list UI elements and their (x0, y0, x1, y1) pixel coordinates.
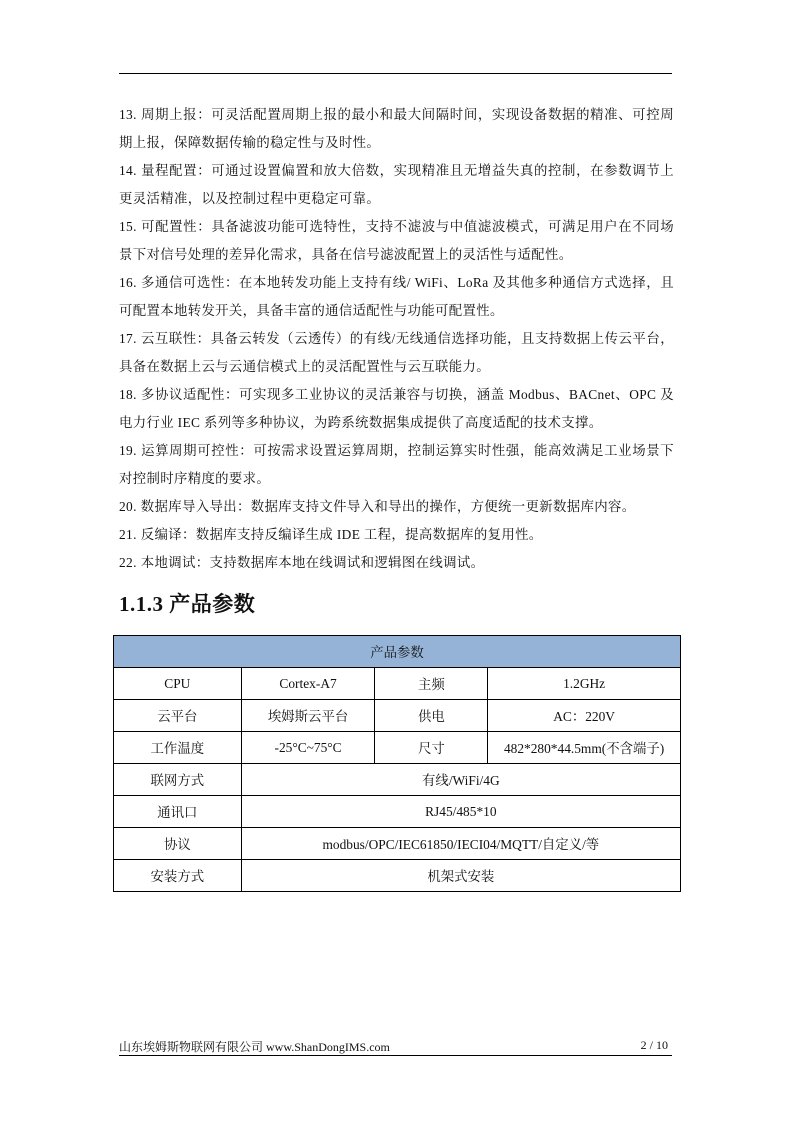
table-header: 产品参数 (114, 636, 681, 668)
footer-company: 山东埃姆斯物联网有限公司 www.ShanDongIMS.com (119, 1038, 390, 1055)
feature-item-17: 17.云互联性：具备云转发（云透传）的有线/无线通信选择功能，且支持数据上传云平… (119, 325, 674, 381)
param-label: 主频 (375, 668, 488, 700)
param-value: 埃姆斯云平台 (241, 700, 375, 732)
param-label: 尺寸 (375, 732, 488, 764)
feature-item-20: 20.数据库导入导出：数据库支持文件导入和导出的操作，方便统一更新数据库内容。 (119, 493, 674, 521)
param-value: 482*280*44.5mm(不含端子) (488, 732, 681, 764)
param-label: 安装方式 (114, 860, 242, 892)
feature-item-14: 14.量程配置：可通过设置偏置和放大倍数，实现精准且无增益失真的控制，在参数调节… (119, 157, 674, 213)
feature-item-19: 19.运算周期可控性：可按需求设置运算周期，控制运算实时性强，能高效满足工业场景… (119, 437, 674, 493)
feature-item-16: 16.多通信可选性：在本地转发功能上支持有线/ WiFi、LoRa 及其他多种通… (119, 269, 674, 325)
param-value: 有线/WiFi/4G (241, 764, 680, 796)
table-header-row: 产品参数 (114, 636, 681, 668)
param-value: RJ45/485*10 (241, 796, 680, 828)
table-row: 云平台 埃姆斯云平台 供电 AC：220V (114, 700, 681, 732)
param-label: 工作温度 (114, 732, 242, 764)
param-label: 供电 (375, 700, 488, 732)
param-label: 云平台 (114, 700, 242, 732)
param-label: 通讯口 (114, 796, 242, 828)
section-title: 1.1.3 产品参数 (119, 588, 255, 618)
table-row: 工作温度 -25°C~75°C 尺寸 482*280*44.5mm(不含端子) (114, 732, 681, 764)
table-row: 联网方式 有线/WiFi/4G (114, 764, 681, 796)
feature-item-21: 21.反编译：数据库支持反编译生成 IDE 工程，提高数据库的复用性。 (119, 521, 674, 549)
feature-list: 13.周期上报：可灵活配置周期上报的最小和最大间隔时间，实现设备数据的精准、可控… (119, 101, 674, 577)
product-params-table: 产品参数 CPU Cortex-A7 主频 1.2GHz 云平台 埃姆斯云平台 … (113, 635, 681, 892)
page-number: 2 / 10 (641, 1038, 668, 1053)
table-row: 协议 modbus/OPC/IEC61850/IECI04/MQTT/自定义/等 (114, 828, 681, 860)
feature-item-18: 18.多协议适配性：可实现多工业协议的灵活兼容与切换，涵盖 Modbus、BAC… (119, 381, 674, 437)
param-label: 联网方式 (114, 764, 242, 796)
param-value: Cortex-A7 (241, 668, 375, 700)
header-rule (119, 73, 672, 74)
feature-item-15: 15.可配置性：具备滤波功能可选特性，支持不滤波与中值滤波模式，可满足用户在不同… (119, 213, 674, 269)
param-label: CPU (114, 668, 242, 700)
param-value: AC：220V (488, 700, 681, 732)
feature-item-22: 22.本地调试：支持数据库本地在线调试和逻辑图在线调试。 (119, 549, 674, 577)
feature-item-13: 13.周期上报：可灵活配置周期上报的最小和最大间隔时间，实现设备数据的精准、可控… (119, 101, 674, 157)
footer-rule (119, 1055, 672, 1056)
param-value: 机架式安装 (241, 860, 680, 892)
param-value: modbus/OPC/IEC61850/IECI04/MQTT/自定义/等 (241, 828, 680, 860)
table-row: 安装方式 机架式安装 (114, 860, 681, 892)
table-row: 通讯口 RJ45/485*10 (114, 796, 681, 828)
param-label: 协议 (114, 828, 242, 860)
param-value: -25°C~75°C (241, 732, 375, 764)
table-row: CPU Cortex-A7 主频 1.2GHz (114, 668, 681, 700)
param-value: 1.2GHz (488, 668, 681, 700)
